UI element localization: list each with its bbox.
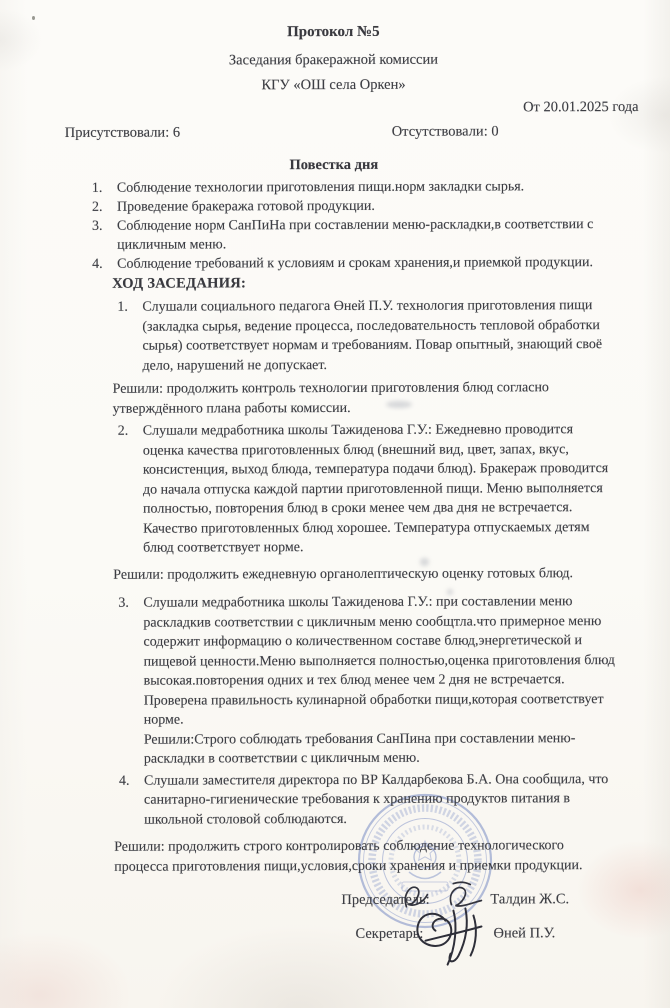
proceeding-item: 3. Слушали медработника школы Тажиденова… (118, 592, 670, 730)
present-count: Присутствовали: 6 (65, 125, 180, 142)
agenda-item-text: Соблюдение технологии приготовления пищи… (117, 177, 622, 198)
document-date: От 20.01.2025 года (0, 99, 669, 118)
agenda-item-number: 4. (92, 255, 117, 274)
proceeding-item-body: Слушали социального педагога Өней П.У. т… (142, 296, 644, 376)
resolution-paragraph: Решили: продолжить контроль технологии п… (113, 378, 630, 419)
proceeding-item-body: Слушали заместителя директора по ВР Калд… (144, 769, 646, 829)
resolution-paragraph: Решили:Строго соблюдать требования СанПи… (144, 728, 634, 769)
proceeding-item-number: 1. (117, 298, 142, 376)
proceeding-item-body: Слушали медработника школы Тажиденова Г.… (143, 592, 645, 730)
agenda-item-number: 3. (92, 217, 117, 255)
proceeding-item-number: 3. (118, 594, 143, 731)
proceeding-item: 4. Слушали заместителя директора по ВР К… (119, 769, 670, 829)
proceeding-item-number: 4. (119, 771, 144, 830)
agenda-item-number: 1. (92, 179, 117, 198)
agenda-item-text: Соблюдение требований к условиям и срока… (117, 253, 622, 274)
chairman-name: Талдин Ж.С. (490, 891, 569, 908)
absent-count: Отсутствовали: 0 (392, 123, 499, 140)
agenda-item-text: Проведение бракеража готовой продукции. (117, 196, 622, 217)
secretary-signature (407, 905, 495, 971)
agenda-item: 3. Соблюдение норм СанПиНа при составлен… (92, 215, 669, 255)
resolution-paragraph: Решили: продолжить ежедневную органолепт… (113, 563, 630, 584)
document-subtitle: Заседания бракеражной комиссии (0, 51, 668, 70)
proceeding-item-number: 2. (118, 422, 143, 559)
signature-block: Председатель: Талдин Ж.С. Секретарь: (1, 887, 670, 989)
document-title: Протокол №5 (0, 0, 668, 42)
proceeding-item: 1. Слушали социального педагога Өней П.У… (117, 296, 669, 376)
attendance-row: Присутствовали: 6 Отсутствовали: 0 (0, 123, 669, 145)
proceedings-heading: ХОД ЗАСЕДАНИЯ: (112, 274, 669, 293)
proceeding-item: 2. Слушали медработника школы Тажиденова… (118, 420, 670, 558)
agenda-item-number: 2. (92, 198, 117, 217)
agenda-item: 2. Проведение бракеража готовой продукци… (92, 196, 669, 217)
secretary-name: Өней П.У. (493, 925, 555, 942)
organization-name: КГУ «ОШ села Оркен» (0, 76, 669, 95)
final-resolution: Решили: продолжить строго контролировать… (114, 836, 631, 877)
proceeding-item-body: Слушали медработника школы Тажиденова Г.… (143, 420, 645, 558)
agenda-list: 1. Соблюдение технологии приготовления п… (92, 177, 669, 274)
document-sheet: Протокол №5 Заседания бракеражной комисс… (0, 0, 670, 1008)
agenda-item-text: Соблюдение норм СанПиНа при составлении … (117, 215, 622, 255)
scanned-protocol-document: Протокол №5 Заседания бракеражной комисс… (0, 0, 670, 1008)
agenda-heading: Повестка дня (0, 156, 669, 175)
agenda-item: 4. Соблюдение требований к условиям и ср… (92, 253, 669, 274)
agenda-item: 1. Соблюдение технологии приготовления п… (92, 177, 669, 198)
